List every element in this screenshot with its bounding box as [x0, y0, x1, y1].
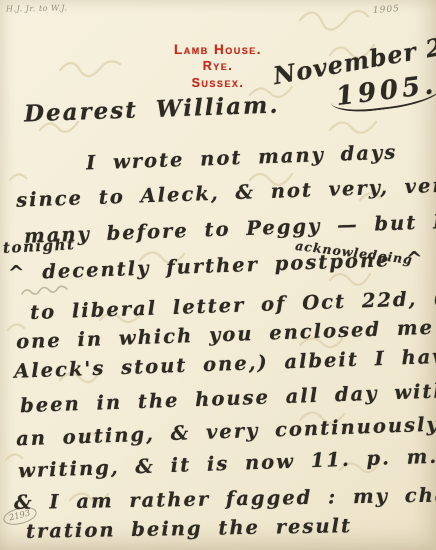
handwritten-line: many before to Peggy — but I can't — [24, 207, 436, 247]
handwritten-line: been in the house all day without — [20, 378, 436, 417]
handwritten-line: & I am rather fagged : my chas- — [14, 483, 436, 514]
letter-body: I wrote not many days since to Aleck, & … — [0, 0, 436, 550]
pencil-erasure-mark — [20, 285, 72, 299]
handwritten-line: since to Aleck, & not very, very — [16, 173, 436, 211]
letter-page: H.J. Jr. to W.J. 1905 2193 Lamb House. R… — [0, 0, 436, 550]
handwritten-line: writing, & it is now 11. p. m. — [18, 445, 436, 483]
handwritten-line: an outing, & very continuously — [16, 413, 436, 451]
handwritten-line: tration being the result — [26, 514, 352, 543]
handwritten-line: I wrote not many days — [86, 141, 398, 175]
insertion-tonight: tonight — [3, 235, 76, 257]
